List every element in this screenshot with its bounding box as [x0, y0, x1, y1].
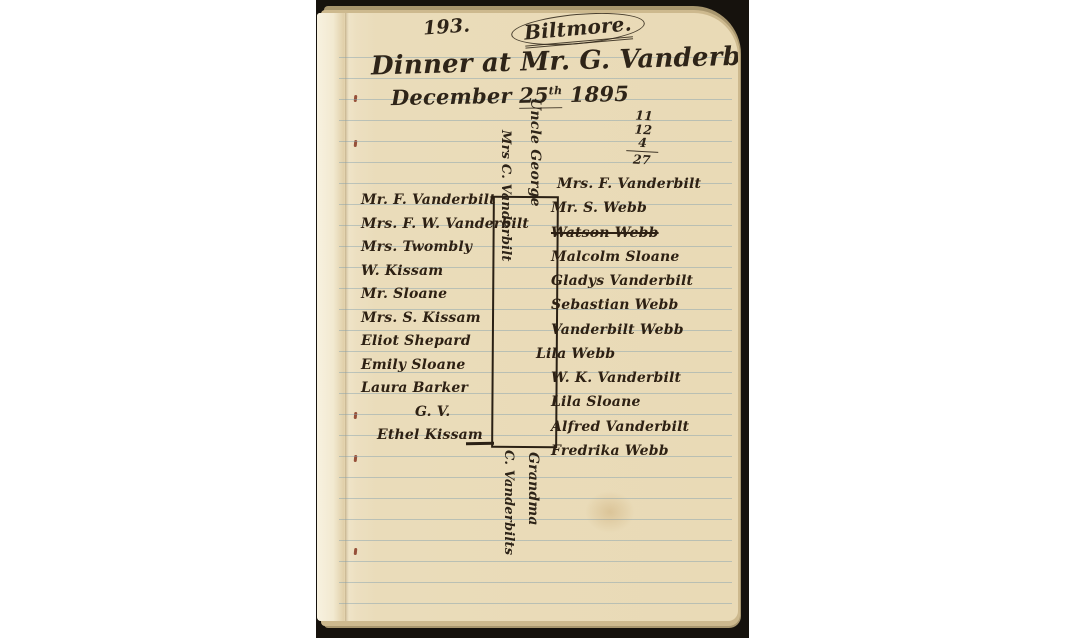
notebook-page: 193. Biltmore. Dinner at Mr. G. Vanderbi… — [317, 13, 738, 621]
guest-name: W. K. Vanderbilt — [551, 370, 729, 387]
guest-name: Ethel Kissam — [377, 427, 491, 444]
guest-name: W. Kissam — [361, 263, 491, 280]
page-number: 193. — [422, 14, 470, 39]
guest-name: Lila Sloane — [551, 394, 729, 411]
page-stain — [585, 491, 635, 533]
guest-name: Gladys Vanderbilt — [551, 273, 729, 290]
foot-seat-name: C. Vanderbilts — [501, 450, 516, 555]
guest-name: Laura Barker — [361, 380, 491, 397]
guest-name: Mr. S. Webb — [551, 200, 729, 217]
guest-name: Lila Webb — [536, 346, 729, 363]
foot-seat-name: Grandma — [525, 452, 541, 526]
head-seat-name: Uncle George — [527, 98, 543, 207]
guest-name: Vanderbilt Webb — [551, 322, 729, 339]
guest-count-tally: 11124 27 — [626, 108, 661, 167]
guest-name: Fredrika Webb — [551, 443, 729, 460]
guest-name: Alfred Vanderbilt — [551, 419, 729, 436]
guest-name: Watson Webb — [551, 225, 729, 242]
black-backdrop: 193. Biltmore. Dinner at Mr. G. Vanderbi… — [316, 0, 749, 638]
tally-addend: 4 — [626, 135, 659, 150]
guest-name: Mrs. Twombly — [361, 239, 491, 256]
guest-name: G. V. — [415, 404, 491, 421]
guest-name: Mrs. F. W. Vanderbilt — [361, 216, 491, 233]
guest-name: Emily Sloane — [361, 357, 491, 374]
guest-name: Mr. Sloane — [361, 286, 491, 303]
date-year: 1895 — [570, 81, 630, 107]
notebook-photo-scan: 193. Biltmore. Dinner at Mr. G. Vanderbi… — [0, 0, 1080, 638]
guest-name: Mrs. F. Vanderbilt — [557, 176, 729, 193]
head-seat-name: Mrs C. Vanderbilt — [498, 130, 513, 262]
guest-name: Malcolm Sloane — [551, 249, 729, 266]
right-guest-list: Mrs. F. VanderbiltMr. S. WebbWatson Webb… — [551, 176, 729, 460]
tally-total: 27 — [626, 150, 659, 167]
guest-name: Eliot Shepard — [361, 333, 491, 350]
tally-addends: 11124 — [626, 108, 660, 150]
guest-name: Mrs. S. Kissam — [361, 310, 491, 327]
guest-name: Sebastian Webb — [551, 297, 729, 314]
left-guest-list: Mr. F. VanderbiltMrs. F. W. VanderbiltMr… — [361, 192, 491, 444]
date-month: December — [391, 83, 512, 110]
guest-name: Mr. F. Vanderbilt — [361, 192, 491, 209]
dinner-date: December 25th 1895 — [391, 81, 629, 110]
